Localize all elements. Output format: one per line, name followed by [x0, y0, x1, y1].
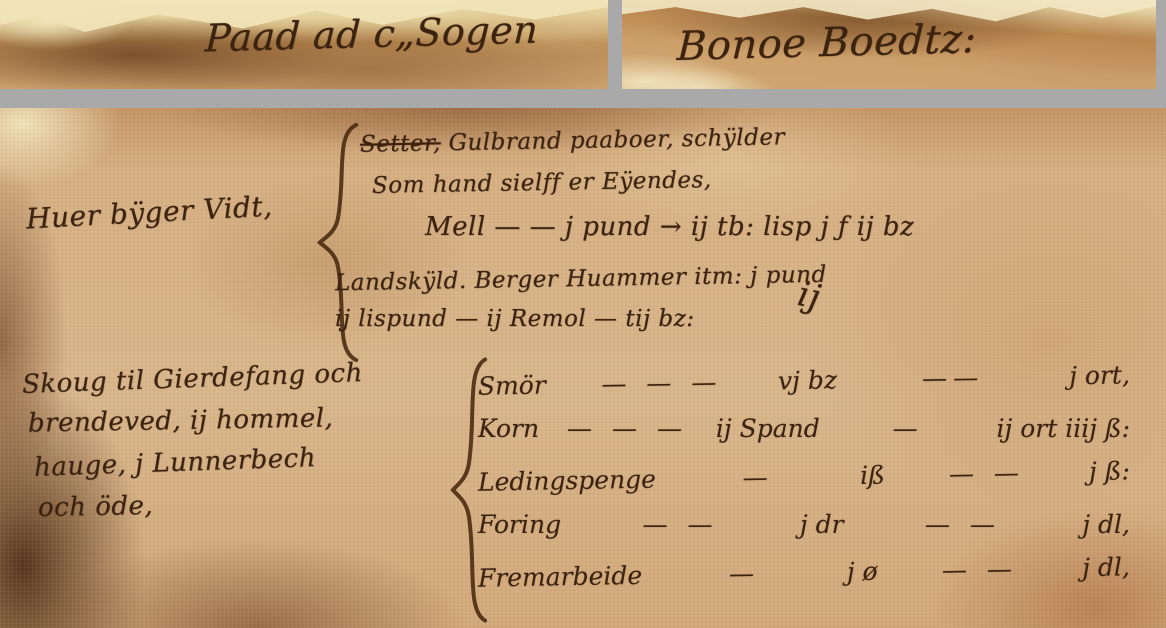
dues-dash-run: —: [820, 414, 997, 443]
dues-dash-run: — —: [844, 510, 1083, 539]
dues-amount-primary: j dr: [800, 510, 844, 539]
dues-dash-run: — —: [885, 457, 1090, 490]
dues-dash-run: —: [642, 557, 847, 590]
dues-dash-run: — — —: [539, 414, 716, 443]
manuscript-scan: Paad ad c„Sogen Bonoe Boedtz: Huer bÿger…: [0, 0, 1166, 628]
dues-amount-secondary: j ß:: [1089, 456, 1130, 486]
dues-amount-secondary: j ort,: [1069, 360, 1130, 390]
dues-amount-primary: j ø: [847, 557, 878, 587]
manuscript-page: Huer bÿger Vidt, Setter, Gulbrand paaboe…: [0, 108, 1166, 628]
dues-dash-run: — — —: [546, 366, 779, 399]
dues-item-label: Ledingspenge: [478, 465, 657, 497]
fragment-left-title: Paad ad c„Sogen: [204, 8, 539, 61]
holding-note-struck-word: Setter,: [360, 130, 441, 157]
dues-amount-primary: iß: [860, 461, 885, 490]
dues-dash-run: — —: [561, 510, 800, 539]
landskyld-line-1: Landskÿld. Berger Huammer itm: j pund: [335, 262, 827, 297]
forest-note-line-1: Skoug til Gierdefang och: [22, 358, 364, 400]
dues-entry: Fremarbeide — j ø — — j dl,: [478, 552, 1131, 603]
fragment-header-left: Paad ad c„Sogen: [0, 0, 608, 89]
dues-dash-run: ——: [837, 361, 1070, 394]
dues-entry: Smör — — — vj bz —— j ort,: [478, 360, 1131, 411]
holding-note-line-2: Som hand sielff er Eÿendes,: [372, 167, 712, 199]
landskyld-line-2: ij lispund — ij Remol — tij bz:: [335, 306, 695, 332]
lessee-label: Huer bÿger Vidt,: [25, 190, 273, 236]
dues-dash-run: — —: [877, 553, 1082, 586]
meal-due-line: Mell — — j pund → ij tb: lisp j ƒ ij bz: [425, 212, 914, 242]
dues-amount-secondary: ij ort iiij ß:: [997, 414, 1131, 443]
dues-item-label: Fremarbeide: [478, 561, 643, 593]
dues-item-label: Smör: [478, 371, 546, 401]
dues-amount-primary: vj bz: [778, 365, 837, 395]
dues-amount-secondary: j dl,: [1082, 510, 1130, 539]
dues-amount-primary: ij Spand: [716, 414, 820, 443]
fragment-header-right: Bonoe Boedtz:: [622, 0, 1156, 89]
dues-entry: Korn — — — ij Spand — ij ort iiij ß:: [478, 414, 1130, 454]
forest-note-line-2: brendeved, ij hommel,: [28, 403, 334, 438]
dues-entry: Foring — — j dr — — j dl,: [478, 510, 1130, 550]
dues-entry: Ledingspenge — iß — — j ß:: [478, 456, 1131, 507]
dues-dash-run: —: [656, 461, 861, 494]
dues-amount-secondary: j dl,: [1082, 552, 1130, 582]
dues-item-label: Korn: [478, 414, 539, 443]
forest-note-line-4: och öde,: [38, 491, 154, 523]
fragment-right-title: Bonoe Boedtz:: [676, 16, 978, 70]
dues-item-label: Foring: [478, 510, 561, 539]
holding-note-line-1: Setter, Gulbrand paaboer, schÿlder: [360, 124, 785, 157]
holding-note-line-1-rest: Gulbrand paaboer, schÿlder: [448, 124, 785, 156]
forest-note-line-3: hauge, j Lunnerbech: [34, 443, 317, 483]
